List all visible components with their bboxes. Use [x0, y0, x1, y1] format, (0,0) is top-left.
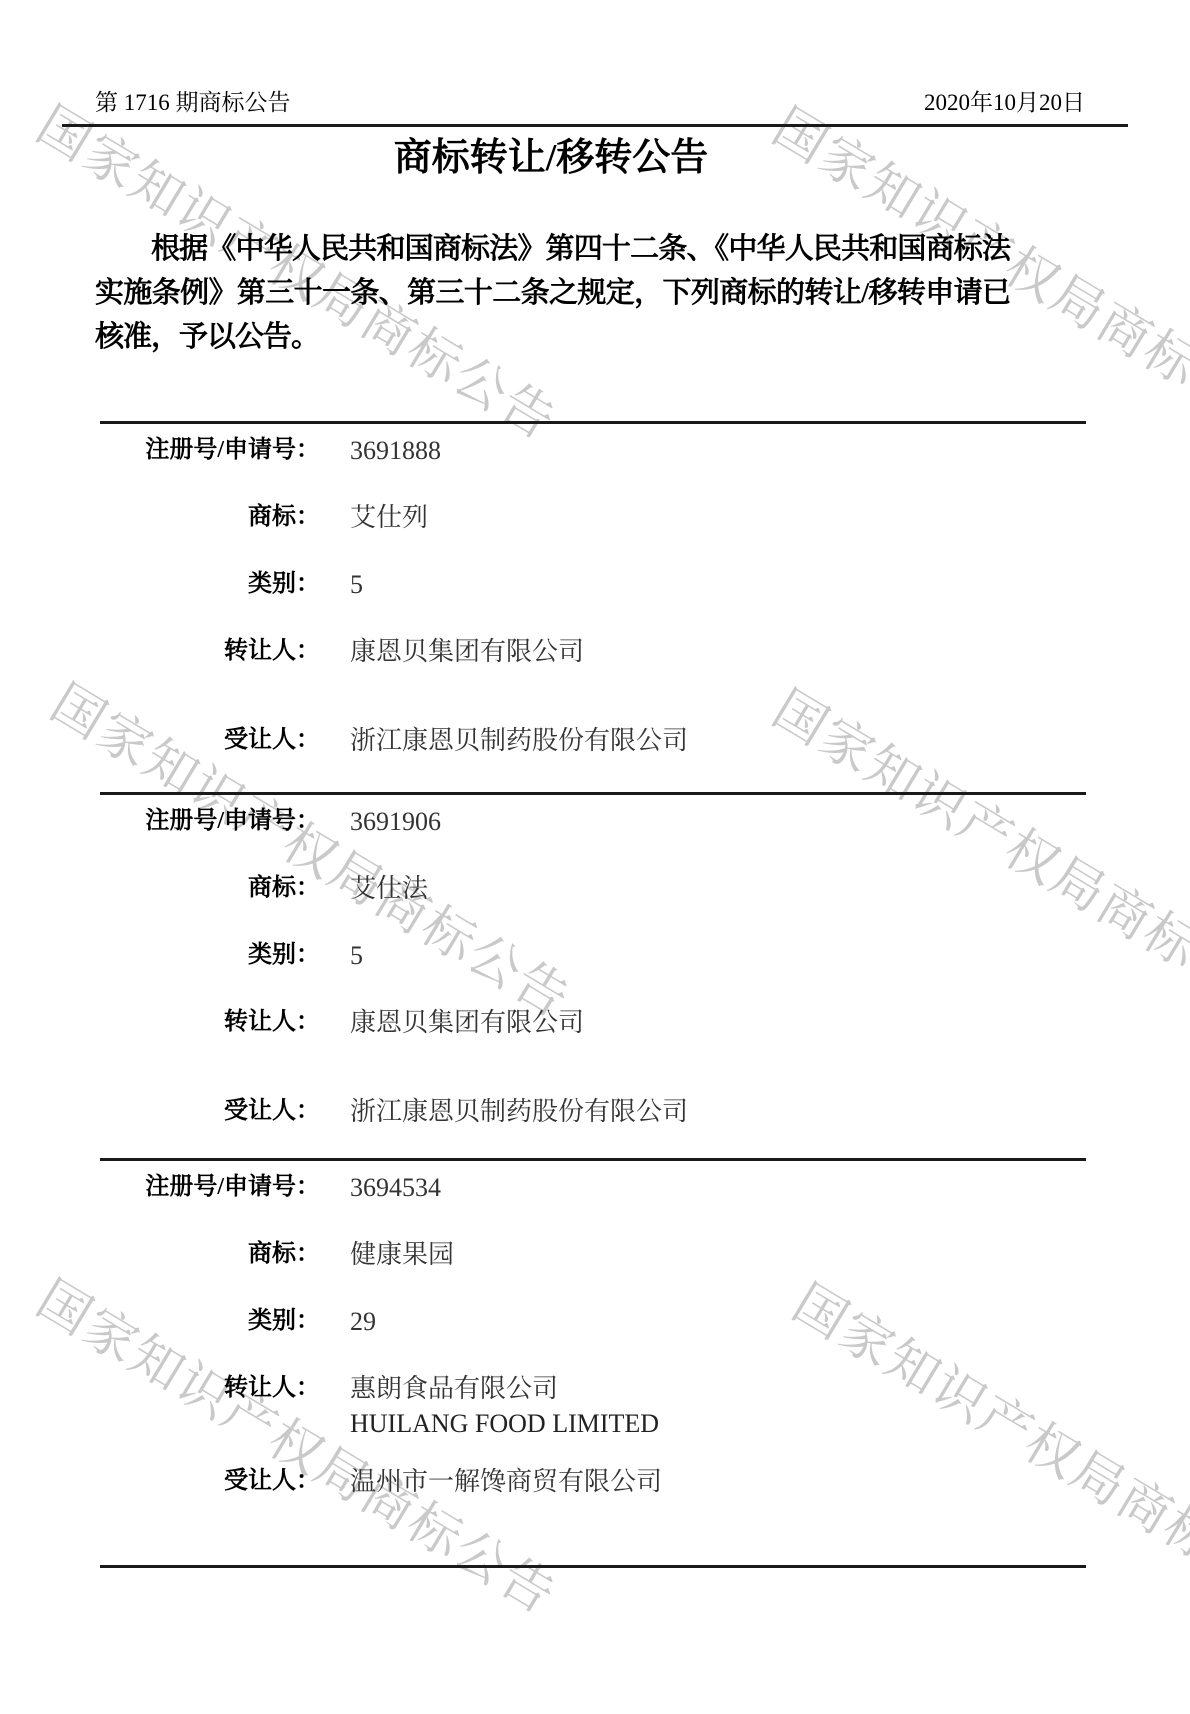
assignor-value: 康恩贝集团有限公司 — [350, 1007, 584, 1038]
assignor-label: 转让人： — [100, 636, 320, 667]
trademark-record: 注册号/申请号： 3691888 商标： 艾仕列 类别： 5 转让人： 康恩贝集… — [100, 421, 1086, 774]
assignor-label: 转让人： — [100, 1007, 320, 1038]
trademark-record: 注册号/申请号： 3694534 商标： 健康果园 类别： 29 转让人： 惠朗… — [100, 1158, 1086, 1515]
intro-paragraph: 根据《中华人民共和国商标法》第四十二条、《中华人民共和国商标法实施条例》第三十一… — [95, 227, 1010, 359]
header-rule — [62, 124, 1128, 127]
gazette-date: 2020年10月20日 — [924, 88, 1085, 118]
assignor-row: 转让人： 康恩贝集团有限公司 — [100, 618, 1086, 707]
trademark-row: 商标： 健康果园 — [100, 1221, 1086, 1288]
record-rows: 注册号/申请号： 3691888 商标： 艾仕列 类别： 5 转让人： 康恩贝集… — [100, 417, 1086, 774]
assignee-row: 受让人： 温州市一解馋商贸有限公司 — [100, 1448, 1086, 1515]
gazette-issue-number: 第 1716 期商标公告 — [95, 88, 291, 118]
trademark-label: 商标： — [100, 1239, 320, 1270]
class-row: 类别： 5 — [100, 551, 1086, 618]
record-rows: 注册号/申请号： 3694534 商标： 健康果园 类别： 29 转让人： 惠朗… — [100, 1154, 1086, 1515]
reg-no-label: 注册号/申请号： — [100, 1172, 320, 1203]
assignor-value: 惠朗食品有限公司 HUILANG FOOD LIMITED — [350, 1373, 659, 1444]
assignor-value: 康恩贝集团有限公司 — [350, 636, 584, 667]
class-value: 5 — [350, 569, 363, 600]
gazette-page: 国家知识产权局商标公告 国家知识产权局商标公告 国家知识产权局商标公告 国家知识… — [0, 0, 1190, 1714]
reg-no-value: 3691906 — [350, 806, 441, 837]
assignee-label: 受让人： — [100, 725, 320, 756]
assignee-label: 受让人： — [100, 1466, 320, 1497]
reg-no-row: 注册号/申请号： 3691888 — [100, 417, 1086, 484]
assignor-name-en: HUILANG FOOD LIMITED — [350, 1404, 659, 1444]
assignee-label: 受让人： — [100, 1096, 320, 1127]
trademark-value: 艾仕列 — [350, 502, 428, 533]
assignee-value: 温州市一解馋商贸有限公司 — [350, 1466, 662, 1497]
class-value: 5 — [350, 940, 363, 971]
assignee-row: 受让人： 浙江康恩贝制药股份有限公司 — [100, 707, 1086, 774]
trademark-value: 健康果园 — [350, 1239, 454, 1270]
assignor-name-cn: 惠朗食品有限公司 — [350, 1373, 659, 1404]
assignor-label: 转让人： — [100, 1373, 320, 1404]
trademark-record: 注册号/申请号： 3691906 商标： 艾仕法 类别： 5 转让人： 康恩贝集… — [100, 792, 1086, 1145]
class-label: 类别： — [100, 1306, 320, 1337]
reg-no-row: 注册号/申请号： 3691906 — [100, 788, 1086, 855]
trademark-value: 艾仕法 — [350, 873, 428, 904]
trademark-row: 商标： 艾仕列 — [100, 484, 1086, 551]
assignor-row: 转让人： 康恩贝集团有限公司 — [100, 989, 1086, 1078]
class-row: 类别： 29 — [100, 1288, 1086, 1355]
assignor-row: 转让人： 惠朗食品有限公司 HUILANG FOOD LIMITED — [100, 1355, 1086, 1448]
assignee-value: 浙江康恩贝制药股份有限公司 — [350, 1096, 688, 1127]
assignor-name-cn: 康恩贝集团有限公司 — [350, 636, 584, 667]
class-row: 类别： 5 — [100, 922, 1086, 989]
reg-no-label: 注册号/申请号： — [100, 435, 320, 466]
trademark-label: 商标： — [100, 873, 320, 904]
assignor-name-cn: 康恩贝集团有限公司 — [350, 1007, 584, 1038]
assignee-value: 浙江康恩贝制药股份有限公司 — [350, 725, 688, 756]
bottom-rule — [100, 1565, 1086, 1568]
record-rows: 注册号/申请号： 3691906 商标： 艾仕法 类别： 5 转让人： 康恩贝集… — [100, 788, 1086, 1145]
reg-no-value: 3691888 — [350, 435, 441, 466]
assignee-row: 受让人： 浙江康恩贝制药股份有限公司 — [100, 1078, 1086, 1145]
reg-no-row: 注册号/申请号： 3694534 — [100, 1154, 1086, 1221]
class-value: 29 — [350, 1306, 376, 1337]
class-label: 类别： — [100, 569, 320, 600]
trademark-row: 商标： 艾仕法 — [100, 855, 1086, 922]
class-label: 类别： — [100, 940, 320, 971]
reg-no-value: 3694534 — [350, 1172, 441, 1203]
reg-no-label: 注册号/申请号： — [100, 806, 320, 837]
page-title: 商标转让/移转公告 — [95, 134, 1007, 182]
trademark-label: 商标： — [100, 502, 320, 533]
